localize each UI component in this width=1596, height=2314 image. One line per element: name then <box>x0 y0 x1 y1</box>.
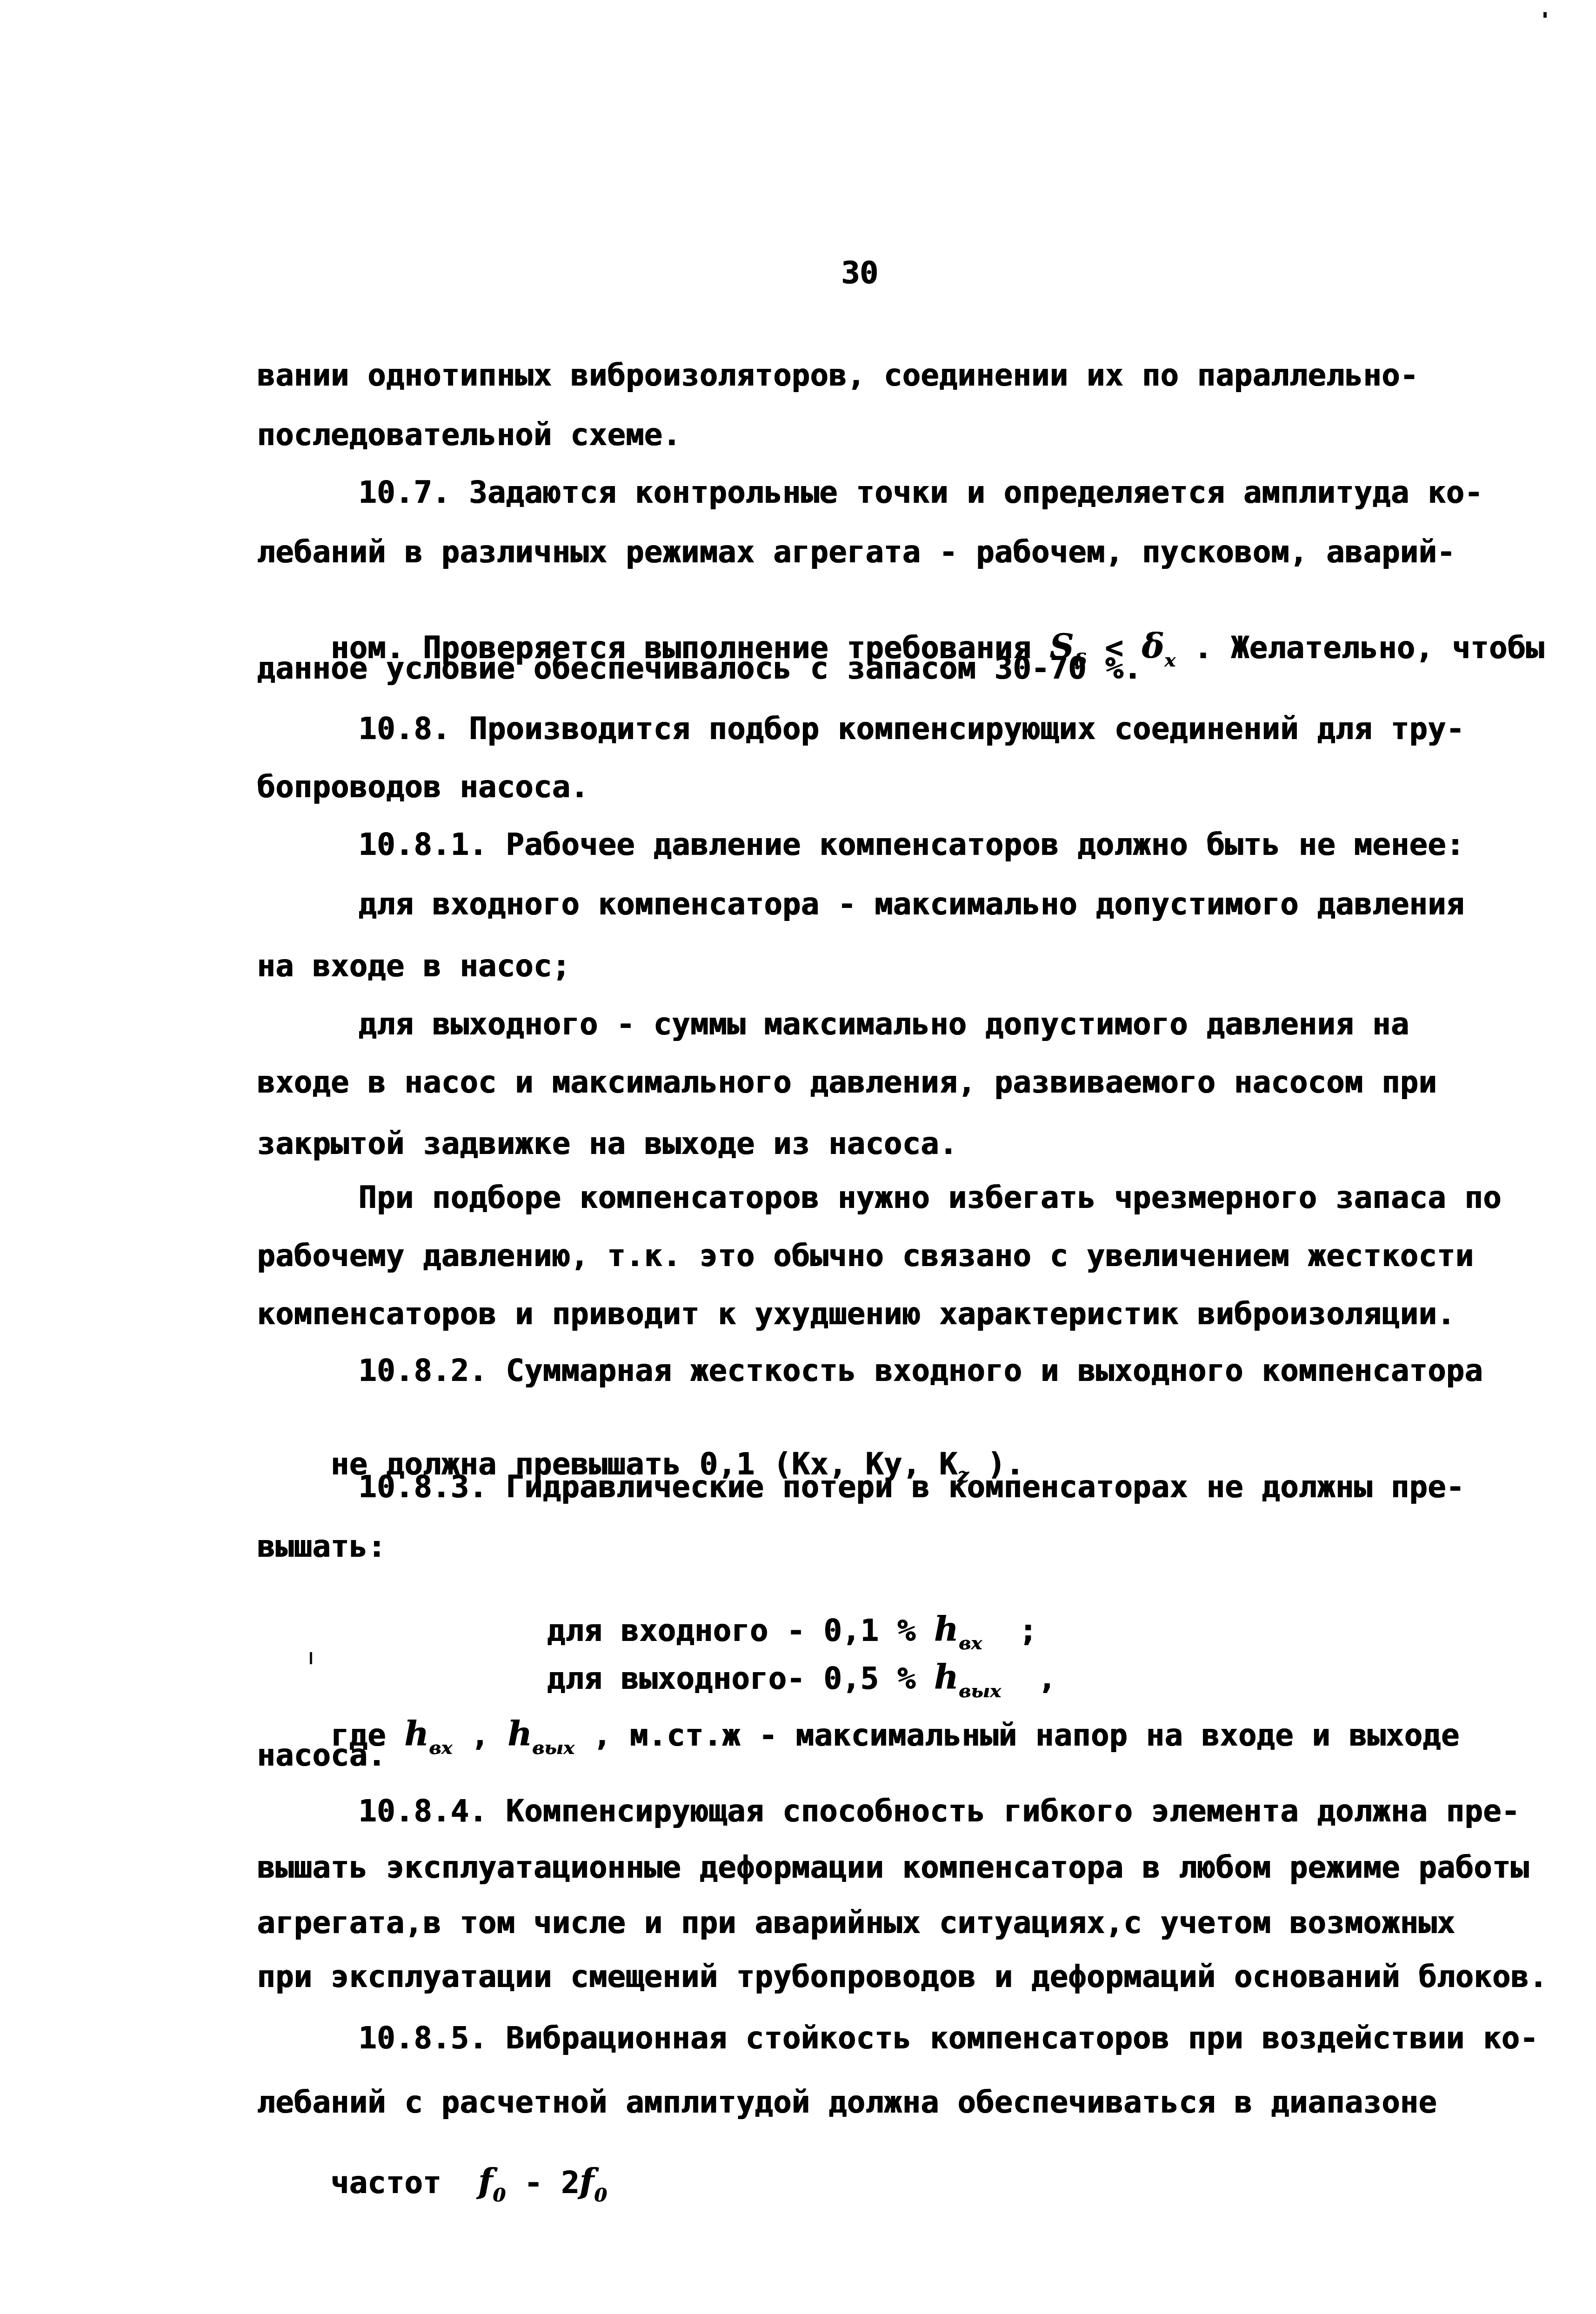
text-line: При подборе компенсаторов нужно избегать… <box>257 1180 1501 1215</box>
text-line: компенсаторов и приводит к ухудшению хар… <box>257 1297 1455 1332</box>
document-page: 30 вании однотипных виброизоляторов, сое… <box>0 0 1596 2314</box>
line-text: . Желательно, чтобы <box>1175 631 1544 666</box>
text-line: на входе в насос; <box>257 949 570 984</box>
text-line: насоса. <box>257 1738 386 1773</box>
text-line: агрегата,в том числе и при аварийных сит… <box>257 1906 1455 1941</box>
text-line: бопроводов насоса. <box>257 770 588 805</box>
text-line: 10.8. Производится подбор компенсирующих… <box>257 712 1464 747</box>
text-line: лебаний в различных режимах агрегата - р… <box>257 535 1455 570</box>
text-line: вышать эксплуатационные деформации компе… <box>257 1850 1529 1885</box>
text-line: вании однотипных виброизоляторов, соедин… <box>257 358 1418 393</box>
formula-delta: δx <box>1142 627 1175 666</box>
text-line: для входного компенсатора - максимально … <box>257 887 1464 922</box>
text-line: последовательной схеме. <box>257 418 681 453</box>
scan-speck <box>1543 12 1547 18</box>
formula-f0: f0 <box>580 2161 607 2201</box>
formula-h-in: hвх <box>404 1714 452 1754</box>
text-line: 10.8.2. Суммарная жесткость входного и в… <box>257 1354 1483 1388</box>
text-line: для выходного - суммы максимально допуст… <box>257 1007 1409 1042</box>
formula-h-out: hвых <box>508 1714 574 1754</box>
line-text: частот <box>331 2166 478 2201</box>
line-text: , м.ст.ж - максимальный напор на входе и… <box>574 1718 1459 1753</box>
text-line: входе в насос и максимального давления, … <box>257 1065 1437 1100</box>
text-line-formula: не должна превышать 0,1 (Кх, Ку, Кz ). <box>257 1412 1024 1521</box>
text-line: 10.7. Задаются контрольные точки и опред… <box>257 475 1483 510</box>
text-line: данное условие обеспечивалось с запасом … <box>257 651 1142 686</box>
text-line: закрытой задвижке на выходе из насоса. <box>257 1127 957 1161</box>
text-line: 10.8.1. Рабочее давление компенсаторов д… <box>257 827 1464 862</box>
formula-f0: f0 <box>478 2161 506 2201</box>
line-text: , <box>452 1718 508 1753</box>
text-line: при эксплуатации смещений трубопроводов … <box>257 1960 1547 1994</box>
text-line: 10.8.4. Компенсирующая способность гибко… <box>257 1794 1520 1829</box>
line-text: - 2 <box>506 2166 580 2201</box>
text-line: лебаний с расчетной амплитудой должна об… <box>257 2085 1437 2120</box>
text-line: 10.8.3. Гидравлические потери в компенса… <box>257 1470 1464 1505</box>
page-number: 30 <box>841 255 878 291</box>
text-line-formula: где hвх , hвых , м.ст.ж - максимальный н… <box>257 1679 1459 1794</box>
text-line-formula: частот f0 - 2f0 <box>257 2127 607 2241</box>
text-line-formula: ном. Проверяется выполнение требования S… <box>257 592 1544 706</box>
text-line: рабочему давлению, т.к. это обычно связа… <box>257 1239 1474 1274</box>
text-line: вышать: <box>257 1529 386 1564</box>
text-line: 10.8.5. Вибрационная стойкость компенсат… <box>257 2021 1538 2056</box>
